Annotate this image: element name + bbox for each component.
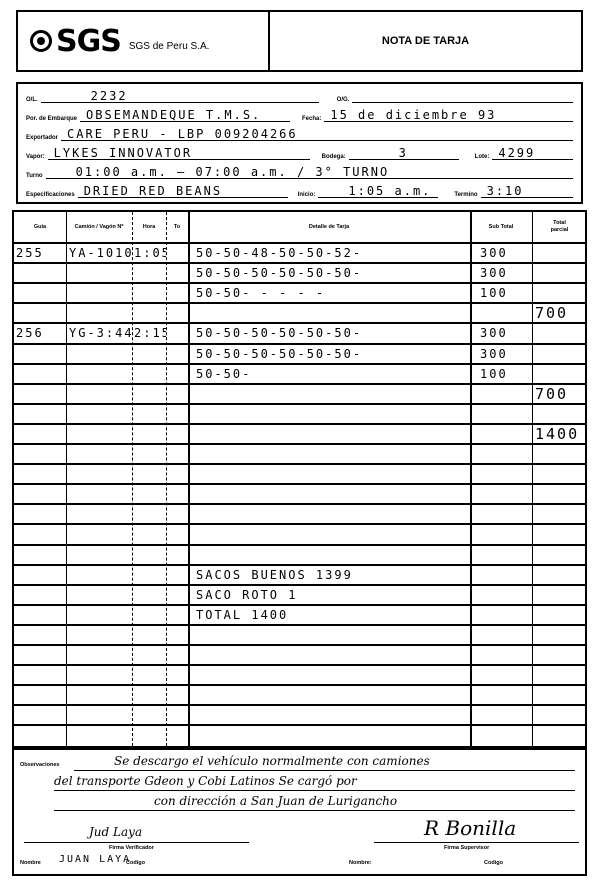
cell-hora[interactable] [134, 545, 166, 565]
cell-guia[interactable] [16, 424, 64, 444]
cell-hora[interactable] [134, 484, 166, 504]
cell-guia[interactable] [16, 364, 64, 384]
row-exporter: Exportador CARE PERU - LBP 009204266 [26, 124, 573, 141]
cell-camion[interactable] [69, 424, 131, 444]
cell-subtotal[interactable]: 100 [480, 283, 530, 303]
supervisor-signature-line [374, 842, 579, 843]
observation-line[interactable]: con dirección a San Juan de Lurigancho [54, 792, 575, 811]
cell-guia[interactable] [16, 263, 64, 283]
cell-guia[interactable] [16, 705, 64, 725]
cell-detalle[interactable] [196, 545, 468, 565]
cell-detalle[interactable]: 50-50-50-50-50-50- [196, 263, 468, 283]
shipment-info: O/L. 2232 O/G. Por. de Embarque OBSEMAND… [16, 82, 583, 204]
cell-subtotal[interactable] [480, 524, 530, 544]
cell-camion[interactable] [69, 645, 131, 665]
cell-total[interactable] [535, 605, 585, 625]
cell-detalle[interactable] [196, 705, 468, 725]
cell-total[interactable] [535, 645, 585, 665]
cell-guia[interactable] [16, 685, 64, 705]
row-shift: Turno 01:00 a.m. — 07:00 a.m. / 3° TURNO [26, 162, 573, 179]
row-shipper: Por. de Embarque OBSEMANDEQUE T.M.S. Fec… [26, 105, 573, 122]
cell-hora[interactable] [134, 344, 166, 364]
cell-total[interactable] [535, 263, 585, 283]
cell-subtotal[interactable] [480, 504, 530, 524]
observations-section: Observaciones Se descargo el vehículo no… [12, 748, 587, 876]
hold-field[interactable]: 3 [349, 146, 459, 160]
og-label: O/G. [337, 97, 350, 103]
cell-subtotal[interactable] [480, 625, 530, 645]
cell-camion[interactable] [69, 263, 131, 283]
cell-hora[interactable] [134, 384, 166, 404]
cell-camion[interactable] [69, 524, 131, 544]
cell-guia[interactable] [16, 464, 64, 484]
cell-subtotal[interactable] [480, 404, 530, 424]
cell-guia[interactable]: 255 [16, 243, 64, 263]
cell-guia[interactable] [16, 344, 64, 364]
cell-detalle[interactable] [196, 504, 468, 524]
cell-total[interactable] [535, 444, 585, 464]
cell-guia[interactable] [16, 725, 64, 745]
form-title: NOTA DE TARJA [270, 12, 581, 70]
cell-camion[interactable] [69, 404, 131, 424]
header-to: To [166, 212, 188, 242]
header-detalle: Detalle de Tarja [188, 212, 470, 242]
cell-camion[interactable] [69, 344, 131, 364]
cell-detalle[interactable]: 50-50- [196, 364, 468, 384]
cell-camion[interactable] [69, 484, 131, 504]
cell-total[interactable] [535, 484, 585, 504]
cell-hora[interactable] [134, 605, 166, 625]
header-guia: Guia [14, 212, 66, 242]
form-header: SGS SGS de Peru S.A. NOTA DE TARJA [16, 10, 583, 72]
cell-detalle[interactable] [196, 484, 468, 504]
cell-hora[interactable] [134, 424, 166, 444]
cell-total[interactable] [535, 705, 585, 725]
cell-camion[interactable] [69, 504, 131, 524]
row-vessel: Vapor: LYKES INNOVATOR Bodega: 3 Lote: 4… [26, 143, 573, 160]
cell-camion[interactable] [69, 444, 131, 464]
cell-hora[interactable] [134, 565, 166, 585]
cell-total[interactable] [535, 565, 585, 585]
cell-hora[interactable]: 1:05 [134, 243, 166, 263]
os-label: O/L. [26, 97, 38, 103]
cell-guia[interactable] [16, 303, 64, 323]
cell-total[interactable] [535, 283, 585, 303]
cell-hora[interactable] [134, 645, 166, 665]
cell-total[interactable] [535, 464, 585, 484]
cell-total[interactable]: 700 [535, 303, 585, 323]
cell-detalle[interactable] [196, 444, 468, 464]
cell-subtotal[interactable]: 300 [480, 344, 530, 364]
cell-subtotal[interactable] [480, 645, 530, 665]
verifier-signature-line [24, 842, 249, 843]
hold-label: Bodega: [322, 154, 346, 160]
cell-guia[interactable]: 256 [16, 323, 64, 343]
cell-camion[interactable] [69, 565, 131, 585]
cell-total[interactable] [535, 344, 585, 364]
exporter-label: Exportador [26, 135, 58, 141]
vessel-field[interactable]: LYKES INNOVATOR [48, 146, 310, 160]
code-label: Codigo [126, 860, 145, 866]
cell-total[interactable] [535, 625, 585, 645]
cell-subtotal[interactable] [480, 303, 530, 323]
cell-hora[interactable] [134, 585, 166, 605]
sgs-logo: SGS [56, 24, 121, 59]
shipper-field[interactable]: OBSEMANDEQUE T.M.S. [80, 108, 290, 122]
cell-guia[interactable] [16, 645, 64, 665]
company-name: SGS de Peru S.A. [129, 41, 210, 52]
observations-label: Observaciones [20, 762, 59, 768]
cell-detalle[interactable] [196, 645, 468, 665]
cell-subtotal[interactable] [480, 705, 530, 725]
cell-detalle[interactable]: 50-50-50-50-50-50- [196, 323, 468, 343]
cell-hora[interactable] [134, 625, 166, 645]
end-field[interactable]: 3:10 [481, 184, 573, 198]
shift-label: Turno [26, 173, 43, 179]
cell-detalle[interactable] [196, 384, 468, 404]
cell-hora[interactable] [134, 464, 166, 484]
cell-guia[interactable] [16, 605, 64, 625]
cell-camion[interactable]: YA-1010 [69, 243, 131, 263]
cell-camion[interactable] [69, 364, 131, 384]
cell-total[interactable]: 700 [535, 384, 585, 404]
cell-total[interactable] [535, 364, 585, 384]
tally-table: Guia Camión / Vagón Nº Hora To Detalle d… [12, 210, 587, 748]
spec-field[interactable]: DRIED RED BEANS [78, 184, 288, 198]
code-label-2: Codigo [484, 860, 503, 866]
cell-total[interactable] [535, 685, 585, 705]
header-total: Total parcial [532, 212, 587, 242]
end-label: Termino [454, 192, 477, 198]
cell-guia[interactable] [16, 484, 64, 504]
cell-subtotal[interactable] [480, 725, 530, 745]
cell-hora[interactable] [134, 665, 166, 685]
cell-guia[interactable] [16, 625, 64, 645]
cell-guia[interactable] [16, 665, 64, 685]
cell-camion[interactable] [69, 605, 131, 625]
cell-detalle[interactable] [196, 685, 468, 705]
observation-line[interactable]: Se descargo el vehículo normalmente con … [74, 752, 575, 771]
cell-total[interactable] [535, 404, 585, 424]
cell-guia[interactable] [16, 524, 64, 544]
cell-total[interactable] [535, 323, 585, 343]
cell-hora[interactable] [134, 524, 166, 544]
cell-guia[interactable] [16, 585, 64, 605]
cell-hora[interactable]: 2:15 [134, 323, 166, 343]
cell-detalle[interactable] [196, 524, 468, 544]
supervisor-signature: R Bonilla [424, 816, 516, 840]
cell-detalle[interactable]: 50-50-50-50-50-50- [196, 344, 468, 364]
cell-detalle[interactable] [196, 725, 468, 745]
cell-camion[interactable] [69, 685, 131, 705]
observation-line[interactable]: del transporte Gdeon y Cobi Latinos Se c… [54, 772, 575, 791]
cell-hora[interactable] [134, 364, 166, 384]
cell-hora[interactable] [134, 504, 166, 524]
cell-camion[interactable]: YG-3:44 [69, 323, 131, 343]
cell-total[interactable] [535, 585, 585, 605]
cell-subtotal[interactable]: 300 [480, 263, 530, 283]
cell-detalle[interactable] [196, 404, 468, 424]
cell-hora[interactable] [134, 705, 166, 725]
cell-guia[interactable] [16, 565, 64, 585]
name-label: Nombre [20, 860, 41, 866]
cell-guia[interactable] [16, 283, 64, 303]
cell-detalle[interactable]: TOTAL 1400 [196, 605, 468, 625]
exporter-field[interactable]: CARE PERU - LBP 009204266 [61, 127, 573, 141]
cell-subtotal[interactable]: 100 [480, 364, 530, 384]
cell-hora[interactable] [134, 263, 166, 283]
row-specs: Especificaciones DRIED RED BEANS Inicio:… [26, 181, 573, 198]
verifier-name: JUAN LAYA [59, 854, 131, 865]
cell-camion[interactable] [69, 705, 131, 725]
cell-subtotal[interactable] [480, 444, 530, 464]
cell-camion[interactable] [69, 283, 131, 303]
spec-label: Especificaciones [26, 192, 75, 198]
header-subtotal: Sub Total [470, 212, 532, 242]
shipper-label: Por. de Embarque [26, 116, 77, 122]
cell-subtotal[interactable] [480, 585, 530, 605]
cell-hora[interactable] [134, 725, 166, 745]
verifier-signature: Jud Laya [89, 825, 142, 839]
vessel-label: Vapor: [26, 154, 45, 160]
cell-camion[interactable] [69, 725, 131, 745]
cell-subtotal[interactable] [480, 545, 530, 565]
cell-total[interactable] [535, 243, 585, 263]
start-field[interactable]: 1:05 a.m. [318, 184, 438, 198]
start-label: Inicio: [298, 192, 316, 198]
cell-hora[interactable] [134, 404, 166, 424]
cell-camion[interactable] [69, 625, 131, 645]
cell-total[interactable] [535, 545, 585, 565]
cell-subtotal[interactable]: 300 [480, 323, 530, 343]
cell-guia[interactable] [16, 404, 64, 424]
cell-subtotal[interactable] [480, 565, 530, 585]
cell-detalle[interactable] [196, 464, 468, 484]
lot-field[interactable]: 4299 [492, 146, 573, 160]
cell-total[interactable] [535, 665, 585, 685]
cell-total[interactable]: 1400 [535, 424, 585, 444]
cell-guia[interactable] [16, 504, 64, 524]
header-hora: Hora [132, 212, 166, 242]
cell-detalle[interactable]: SACOS BUENOS 1399 [196, 565, 468, 585]
cell-detalle[interactable] [196, 665, 468, 685]
cell-camion[interactable] [69, 545, 131, 565]
company-block: SGS SGS de Peru S.A. [18, 12, 270, 70]
os-field[interactable]: 2232 [41, 89, 319, 103]
cell-subtotal[interactable] [480, 424, 530, 444]
header-camion: Camión / Vagón Nº [66, 212, 132, 242]
cell-detalle[interactable] [196, 303, 468, 323]
og-field[interactable] [352, 89, 573, 103]
verifier-label: Firma Verificador [109, 845, 154, 851]
supervisor-label: Firma Supervisor [444, 845, 489, 851]
cell-subtotal[interactable] [480, 464, 530, 484]
cell-camion[interactable] [69, 585, 131, 605]
name-label-2: Nombre: [349, 860, 372, 866]
cell-subtotal[interactable] [480, 384, 530, 404]
cell-hora[interactable] [134, 303, 166, 323]
cell-total[interactable] [535, 504, 585, 524]
cell-detalle[interactable] [196, 625, 468, 645]
date-field[interactable]: 15 de diciembre 93 [324, 108, 573, 122]
cell-subtotal[interactable] [480, 685, 530, 705]
cell-camion[interactable] [69, 464, 131, 484]
cell-subtotal[interactable] [480, 484, 530, 504]
lot-label: Lote: [475, 154, 490, 160]
cell-detalle[interactable] [196, 424, 468, 444]
date-label: Fecha: [302, 116, 321, 122]
cell-detalle[interactable]: SACO ROTO 1 [196, 585, 468, 605]
cell-camion[interactable] [69, 303, 131, 323]
row-os: O/L. 2232 O/G. [26, 86, 573, 103]
cell-subtotal[interactable]: 300 [480, 243, 530, 263]
cell-guia[interactable] [16, 444, 64, 464]
shift-field[interactable]: 01:00 a.m. — 07:00 a.m. / 3° TURNO [46, 165, 573, 179]
cell-detalle[interactable]: 50-50- - - - - [196, 283, 468, 303]
cell-detalle[interactable]: 50-50-48-50-50-52- [196, 243, 468, 263]
cell-hora[interactable] [134, 685, 166, 705]
cell-hora[interactable] [134, 444, 166, 464]
cell-guia[interactable] [16, 384, 64, 404]
cell-camion[interactable] [69, 384, 131, 404]
cell-total[interactable] [535, 524, 585, 544]
cell-guia[interactable] [16, 545, 64, 565]
cell-subtotal[interactable] [480, 605, 530, 625]
cell-camion[interactable] [69, 665, 131, 685]
cell-subtotal[interactable] [480, 665, 530, 685]
cell-total[interactable] [535, 725, 585, 745]
sgs-globe-icon [30, 30, 52, 52]
cell-hora[interactable] [134, 283, 166, 303]
